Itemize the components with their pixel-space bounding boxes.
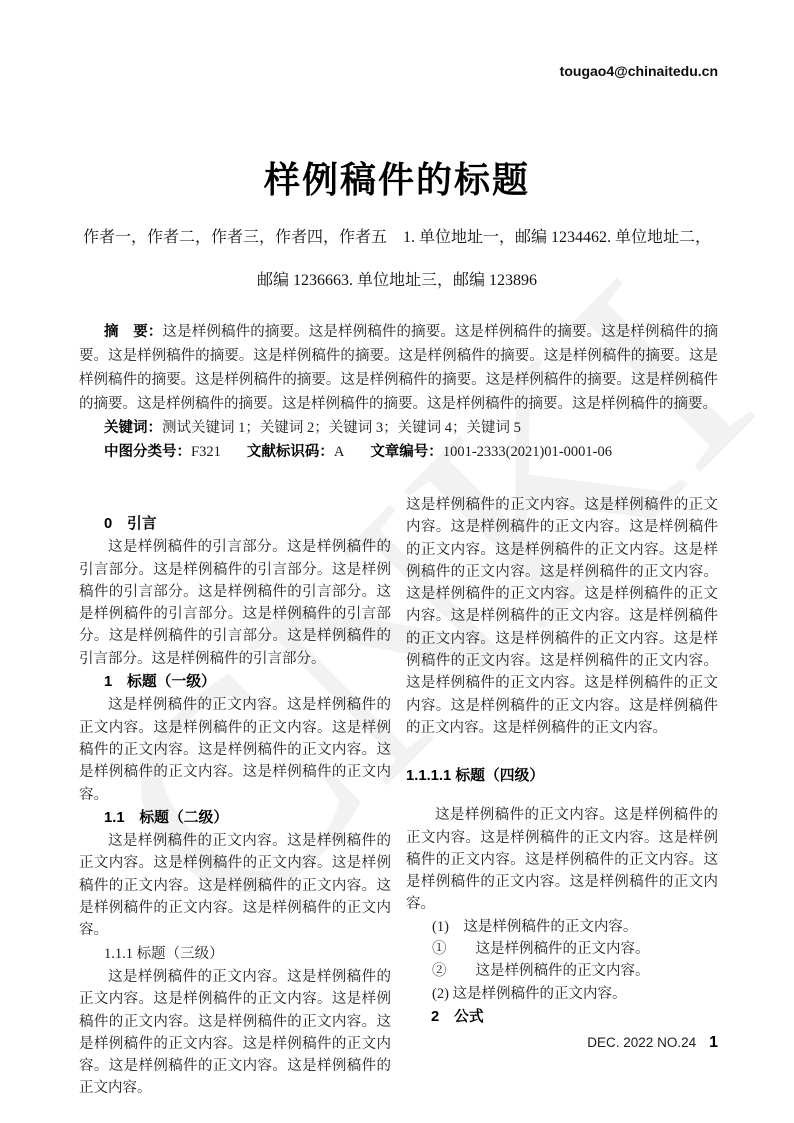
body-paragraph-level1: 这是样例稿件的正文内容。这是样例稿件的正文内容。这是样例稿件的正文内容。这是样例… — [79, 694, 391, 805]
document-page: CNKI tougao4@chinaitedu.cn 样例稿件的标题 作者一，作… — [0, 0, 794, 1123]
keywords-paragraph: 关键词：测试关键词 1；关键词 2；关键词 3；关键词 4；关键词 5 — [79, 416, 718, 440]
article-id-label: 文章编号： — [370, 444, 443, 460]
body-column-right: 这是样例稿件的正文内容。这是样例稿件的正文内容。这是样例稿件的正文内容。这是样例… — [406, 494, 718, 1034]
clc-number-label: 中图分类号： — [104, 444, 191, 460]
page-title: 样例稿件的标题 — [0, 156, 794, 204]
numbered-list: (1) 这是样例稿件的正文内容。 ① 这是样例稿件的正文内容。 ② 这是样例稿件… — [406, 916, 718, 1005]
list-item: ① 这是样例稿件的正文内容。 — [406, 938, 718, 960]
document-code-label: 文献标识码： — [247, 444, 334, 460]
clc-paragraph: 中图分类号：F321文献标识码：A文章编号：1001-2333(2021)01-… — [79, 440, 718, 464]
body-paragraph-level3: 这是样例稿件的正文内容。这是样例稿件的正文内容。这是样例稿件的正文内容。这是样例… — [79, 966, 391, 1100]
heading-level4: 1.1.1.1 标题（四级） — [406, 765, 718, 787]
authors-line-1: 作者一，作者二，作者三，作者四，作者五 1. 单位地址一，邮编 1234462.… — [40, 228, 754, 248]
body-paragraph-level4: 这是样例稿件的正文内容。这是样例稿件的正文内容。这是样例稿件的正文内容。这是样例… — [406, 804, 718, 915]
list-item: (2) 这是样例稿件的正文内容。 — [406, 983, 718, 1005]
heading-formula: 2 公式 — [406, 1006, 718, 1028]
authors-line-2: 邮编 1236663. 单位地址三，邮编 123896 — [40, 271, 754, 291]
abstract-label: 摘 要： — [104, 324, 163, 340]
article-id-value: 1001-2333(2021)01-0001-06 — [443, 444, 612, 460]
footer-issue: DEC. 2022 NO.24 — [587, 1035, 696, 1050]
page-footer: DEC. 2022 NO.24 1 — [587, 1034, 718, 1052]
heading-level3: 1.1.1 标题（三级） — [79, 943, 391, 965]
abstract-paragraph: 摘 要：这是样例稿件的摘要。这是样例稿件的摘要。这是样例稿件的摘要。这是样例稿件… — [79, 320, 718, 416]
footer-page-number: 1 — [709, 1034, 718, 1052]
abstract-text: 这是样例稿件的摘要。这是样例稿件的摘要。这是样例稿件的摘要。这是样例稿件的摘要。… — [79, 324, 718, 412]
header-email: tougao4@chinaitedu.cn — [560, 63, 718, 79]
intro-paragraph: 这是样例稿件的引言部分。这是样例稿件的引言部分。这是样例稿件的引言部分。这是样例… — [79, 536, 391, 670]
body-paragraph-level2: 这是样例稿件的正文内容。这是样例稿件的正文内容。这是样例稿件的正文内容。这是样例… — [79, 830, 391, 941]
keywords-text: 测试关键词 1；关键词 2；关键词 3；关键词 4；关键词 5 — [162, 420, 521, 436]
keywords-label: 关键词： — [104, 420, 162, 436]
heading-level1: 1 标题（一级） — [79, 671, 391, 693]
body-column-left: 0 引言 这是样例稿件的引言部分。这是样例稿件的引言部分。这是样例稿件的引言部分… — [79, 512, 391, 1024]
list-item: (1) 这是样例稿件的正文内容。 — [406, 916, 718, 938]
heading-intro: 0 引言 — [79, 513, 391, 535]
clc-number-value: F321 — [191, 444, 221, 460]
heading-level2: 1.1 标题（二级） — [79, 807, 391, 829]
list-item: ② 这是样例稿件的正文内容。 — [406, 960, 718, 982]
document-code-value: A — [334, 444, 344, 460]
body-paragraph-continuation: 这是样例稿件的正文内容。这是样例稿件的正文内容。这是样例稿件的正文内容。这是样例… — [406, 494, 718, 739]
front-matter: 摘 要：这是样例稿件的摘要。这是样例稿件的摘要。这是样例稿件的摘要。这是样例稿件… — [79, 320, 718, 464]
